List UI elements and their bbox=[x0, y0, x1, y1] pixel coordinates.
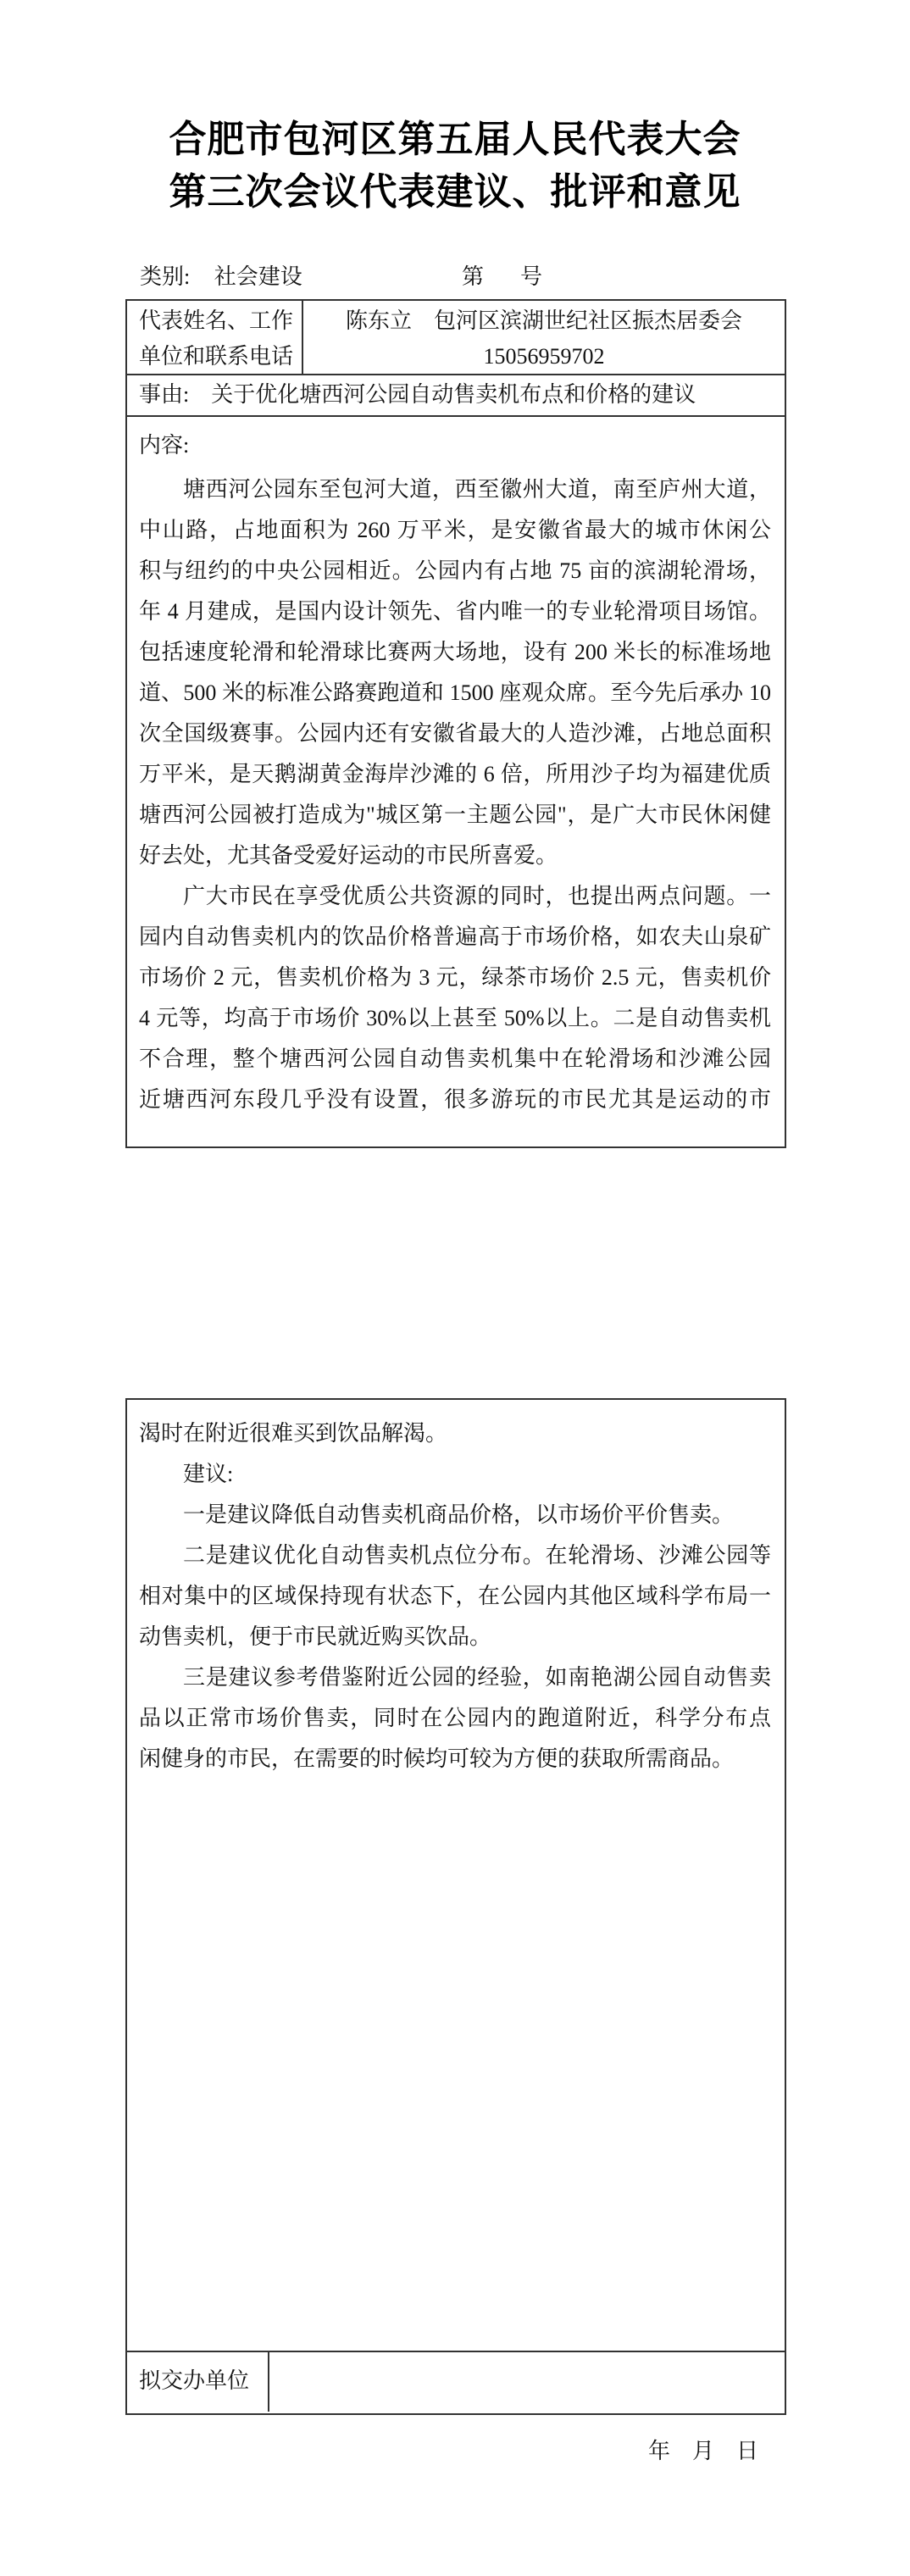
content-line: 万平米，是天鹅湖黄金海岸沙滩的 6 倍，所用沙子均为福建优质海沙。 bbox=[139, 754, 771, 795]
representative-phone: 15056959702 bbox=[303, 339, 785, 375]
content-line: 三是建议参考借鉴附近公园的经验，如南艳湖公园自动售卖机商 bbox=[139, 1657, 771, 1698]
representative-label-line2: 单位和联系电话 bbox=[139, 339, 302, 375]
content-label: 内容: bbox=[139, 429, 771, 469]
number-prefix-label: 第 bbox=[462, 259, 484, 291]
category-value: 社会建设 bbox=[214, 264, 302, 289]
content-line: 广大市民在享受优质公共资源的同时，也提出两点问题。一是公 bbox=[139, 876, 771, 917]
category-label: 类别: bbox=[140, 264, 190, 289]
content-line: 相对集中的区域保持现有状态下，在公园内其他区域科学布局一些自 bbox=[139, 1576, 771, 1617]
representative-name-org: 陈东立 包河区滨湖世纪社区振杰居委会 bbox=[303, 303, 785, 339]
assign-unit-row: 拟交办单位 bbox=[127, 2351, 785, 2412]
content-cell-page2: 渴时在附近很难买到饮品解渴。建议:一是建议降低自动售卖机商品价格，以市场价平价售… bbox=[127, 1400, 785, 2351]
content-line: 动售卖机，便于市民就近购买饮品。 bbox=[139, 1617, 771, 1657]
representative-label-line1: 代表姓名、工作 bbox=[139, 303, 302, 339]
content-line: 园内自动售卖机内的饮品价格普遍高于市场价格，如农夫山泉矿泉水 bbox=[139, 917, 771, 958]
main-table-page2: 渴时在附近很难买到饮品解渴。建议:一是建议降低自动售卖机商品价格，以市场价平价售… bbox=[125, 1398, 786, 2415]
content-line: 一是建议降低自动售卖机商品价格，以市场价平价售卖。 bbox=[139, 1495, 771, 1535]
date-line: 年 月 日 bbox=[648, 2434, 758, 2465]
content-line: 塘西河公园东至包河大道，西至徽州大道，南至庐州大道，北至 bbox=[139, 469, 771, 510]
content-line: 积与纽约的中央公园相近。公园内有占地 75 亩的滨湖轮滑场，2010 bbox=[139, 551, 771, 591]
category-row: 类别: 社会建设 bbox=[140, 259, 302, 291]
subject-value: 关于优化塘西河公园自动售卖机布点和价格的建议 bbox=[211, 382, 696, 407]
number-suffix-label: 号 bbox=[520, 259, 542, 291]
assign-unit-label: 拟交办单位 bbox=[127, 2352, 269, 2412]
content-line: 次全国级赛事。公园内还有安徽省最大的人造沙滩，占地总面积达 23 bbox=[139, 713, 771, 754]
document-title-line1: 合肥市包河区第五届人民代表大会 bbox=[0, 108, 910, 163]
subject-row: 事由:关于优化塘西河公园自动售卖机布点和价格的建议 bbox=[127, 375, 785, 417]
content-line: 渴时在附近很难买到饮品解渴。 bbox=[139, 1413, 771, 1454]
document-page: 合肥市包河区第五届人民代表大会 第三次会议代表建议、批评和意见 类别: 社会建设… bbox=[0, 0, 910, 2576]
content-line: 市场价 2 元，售卖机价格为 3 元，绿茶市场价 2.5 元，售卖机价格为 bbox=[139, 958, 771, 998]
content-line: 年 4 月建成，是国内设计领先、省内唯一的专业轮滑项目场馆。该馆 bbox=[139, 591, 771, 632]
document-title-line2: 第三次会议代表建议、批评和意见 bbox=[0, 161, 910, 215]
content-line: 二是建议优化自动售卖机点位分布。在轮滑场、沙滩公园等人群 bbox=[139, 1535, 771, 1576]
content-cell-page1: 内容: 塘西河公园东至包河大道，西至徽州大道，南至庐州大道，北至中山路，占地面积… bbox=[127, 417, 785, 1120]
content-line: 4 元等，均高于市场价 30%以上甚至 50%以上。二是自动售卖机布局 bbox=[139, 998, 771, 1039]
content-line: 近塘西河东段几乎没有设置，很多游玩的市民尤其是运动的市民，口 bbox=[139, 1080, 771, 1120]
content-lines-page2: 渴时在附近很难买到饮品解渴。建议:一是建议降低自动售卖机商品价格，以市场价平价售… bbox=[139, 1413, 771, 1779]
content-line: 闲健身的市民，在需要的时候均可较为方便的获取所需商品。 bbox=[139, 1739, 771, 1779]
assign-unit-value bbox=[269, 2352, 785, 2412]
content-line: 包括速度轮滑和轮滑球比赛两大场地，设有 200 米长的标准场地赛跑 bbox=[139, 632, 771, 673]
representative-value-cell: 陈东立 包河区滨湖世纪社区振杰居委会 15056959702 bbox=[303, 301, 785, 374]
content-line: 道、500 米的标准公路赛跑道和 1500 座观众席。至今先后承办 10 余 bbox=[139, 673, 771, 713]
content-line: 不合理，整个塘西河公园自动售卖机集中在轮滑场和沙滩公园处，靠 bbox=[139, 1039, 771, 1080]
content-line: 中山路，占地面积为 260 万平米，是安徽省最大的城市休闲公园，面 bbox=[139, 510, 771, 551]
content-line: 好去处，尤其备受爱好运动的市民所喜爱。 bbox=[139, 836, 771, 876]
content-lines-page1: 塘西河公园东至包河大道，西至徽州大道，南至庐州大道，北至中山路，占地面积为 26… bbox=[139, 469, 771, 1120]
content-line: 建议: bbox=[139, 1454, 771, 1495]
content-line: 品以正常市场价售卖，同时在公园内的跑道附近，科学分布点位，休 bbox=[139, 1698, 771, 1739]
main-table-page1: 代表姓名、工作 单位和联系电话 陈东立 包河区滨湖世纪社区振杰居委会 15056… bbox=[125, 299, 786, 1148]
subject-label: 事由: bbox=[139, 382, 189, 407]
content-line: 塘西河公园被打造成为"城区第一主题公园"，是广大市民休闲健身的 bbox=[139, 795, 771, 836]
representative-row: 代表姓名、工作 单位和联系电话 陈东立 包河区滨湖世纪社区振杰居委会 15056… bbox=[127, 301, 785, 375]
representative-label-cell: 代表姓名、工作 单位和联系电话 bbox=[127, 301, 303, 374]
